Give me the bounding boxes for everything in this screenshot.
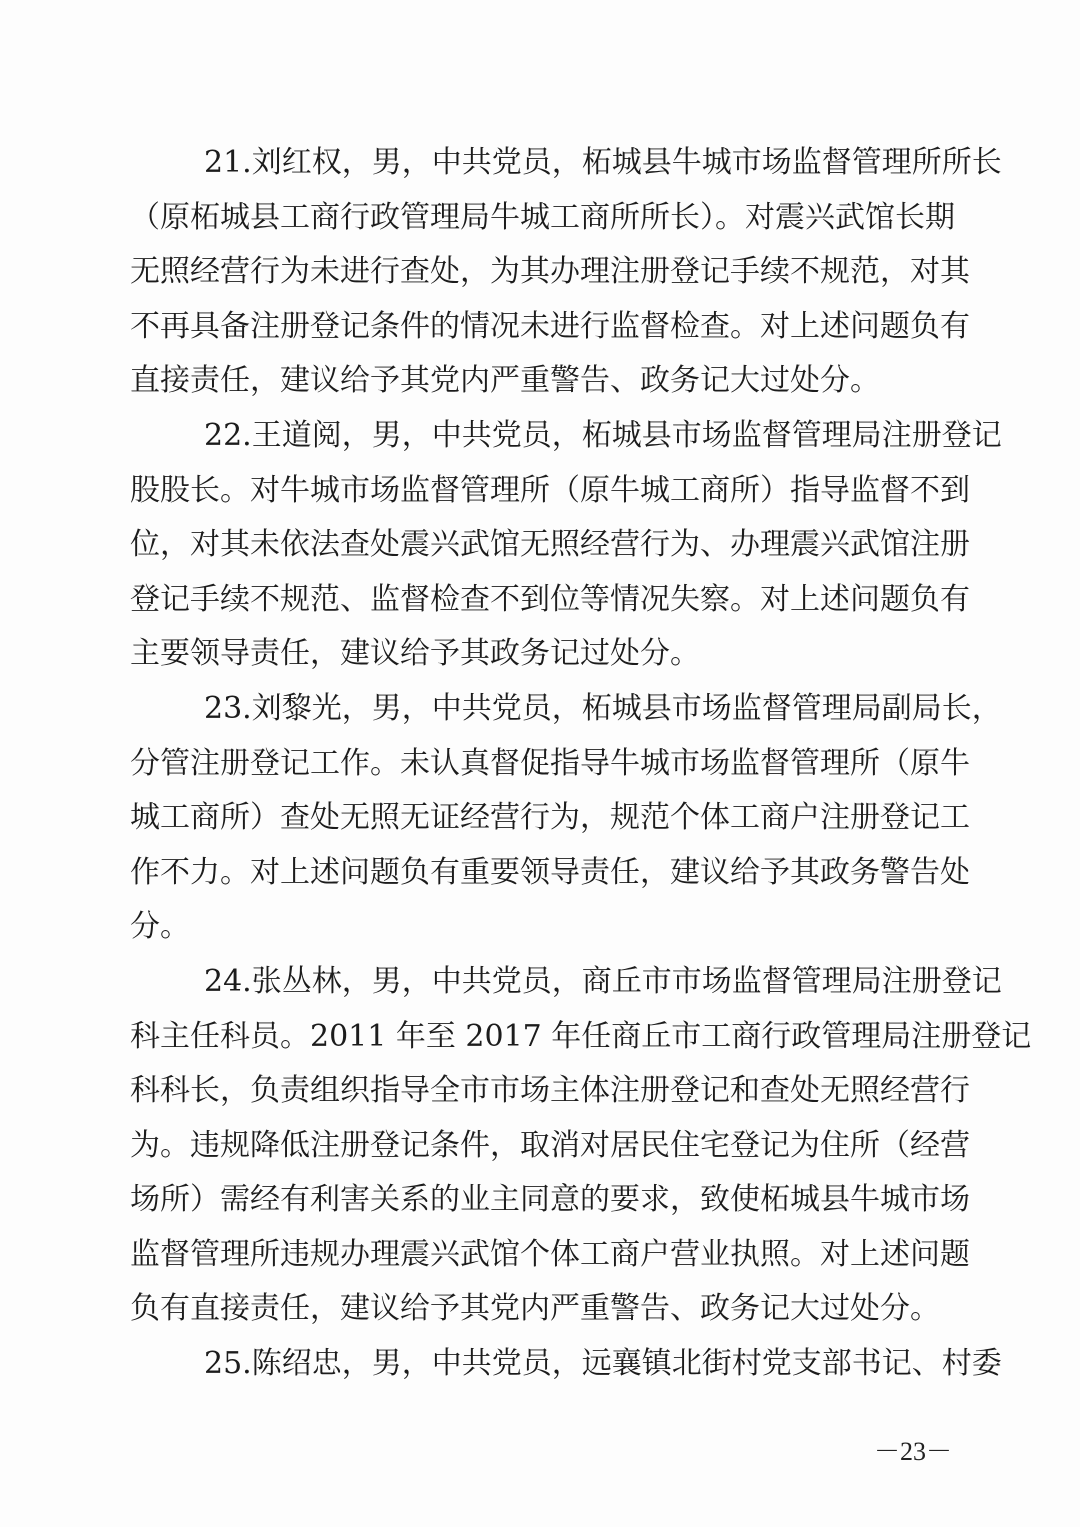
text-line: 分管注册登记工作。未认真督促指导牛城市场监督管理所（原牛 xyxy=(130,737,952,792)
text-line: 24.张丛林，男，中共党员，商丘市市场监督管理局注册登记 xyxy=(130,955,952,1010)
text-line: 22.王道阅，男，中共党员，柘城县市场监督管理局注册登记 xyxy=(130,409,952,464)
paragraph-21: 21.刘红权，男，中共党员，柘城县牛城市场监督管理所所长 （原柘城县工商行政管理… xyxy=(130,136,952,409)
text-line: 科主任科员。2011 年至 2017 年任商丘市工商行政管理局注册登记 xyxy=(130,1010,952,1065)
paragraph-25: 25.陈绍忠，男，中共党员，远襄镇北街村党支部书记、村委 xyxy=(130,1337,952,1392)
document-body: 21.刘红权，男，中共党员，柘城县牛城市场监督管理所所长 （原柘城县工商行政管理… xyxy=(130,136,952,1392)
text-line: 直接责任，建议给予其党内严重警告、政务记大过处分。 xyxy=(130,354,952,409)
text-line: 科科长，负责组织指导全市市场主体注册登记和查处无照经营行 xyxy=(130,1064,952,1119)
text-line: 场所）需经有利害关系的业主同意的要求，致使柘城县牛城市场 xyxy=(130,1173,952,1228)
text-line: 23.刘黎光，男，中共党员，柘城县市场监督管理局副局长， xyxy=(130,682,952,737)
text-line: 为。违规降低注册登记条件，取消对居民住宅登记为住所（经营 xyxy=(130,1119,952,1174)
text-line: 作不力。对上述问题负有重要领导责任，建议给予其政务警告处 xyxy=(130,846,952,901)
text-line: 股股长。对牛城市场监督管理所（原牛城工商所）指导监督不到 xyxy=(130,464,952,519)
text-line: 不再具备注册登记条件的情况未进行监督检查。对上述问题负有 xyxy=(130,300,952,355)
text-line: （原柘城县工商行政管理局牛城工商所所长）。对震兴武馆长期 xyxy=(130,191,952,246)
text-line: 监督管理所违规办理震兴武馆个体工商户营业执照。对上述问题 xyxy=(130,1228,952,1283)
text-line: 负有直接责任，建议给予其党内严重警告、政务记大过处分。 xyxy=(130,1282,952,1337)
paragraph-23: 23.刘黎光，男，中共党员，柘城县市场监督管理局副局长， 分管注册登记工作。未认… xyxy=(130,682,952,955)
text-line: 登记手续不规范、监督检查不到位等情况失察。对上述问题负有 xyxy=(130,573,952,628)
text-line: 25.陈绍忠，男，中共党员，远襄镇北街村党支部书记、村委 xyxy=(130,1337,952,1392)
text-line: 无照经营行为未进行查处，为其办理注册登记手续不规范，对其 xyxy=(130,245,952,300)
text-line: 21.刘红权，男，中共党员，柘城县牛城市场监督管理所所长 xyxy=(130,136,952,191)
document-page: 21.刘红权，男，中共党员，柘城县牛城市场监督管理所所长 （原柘城县工商行政管理… xyxy=(0,0,1080,1527)
text-line: 主要领导责任，建议给予其政务记过处分。 xyxy=(130,627,952,682)
text-line: 城工商所）查处无照无证经营行为，规范个体工商户注册登记工 xyxy=(130,791,952,846)
paragraph-24: 24.张丛林，男，中共党员，商丘市市场监督管理局注册登记 科主任科员。2011 … xyxy=(130,955,952,1337)
text-line: 位，对其未依法查处震兴武馆无照经营行为、办理震兴武馆注册 xyxy=(130,518,952,573)
paragraph-22: 22.王道阅，男，中共党员，柘城县市场监督管理局注册登记 股股长。对牛城市场监督… xyxy=(130,409,952,682)
text-line: 分。 xyxy=(130,900,952,955)
page-number: －23－ xyxy=(868,1432,958,1472)
